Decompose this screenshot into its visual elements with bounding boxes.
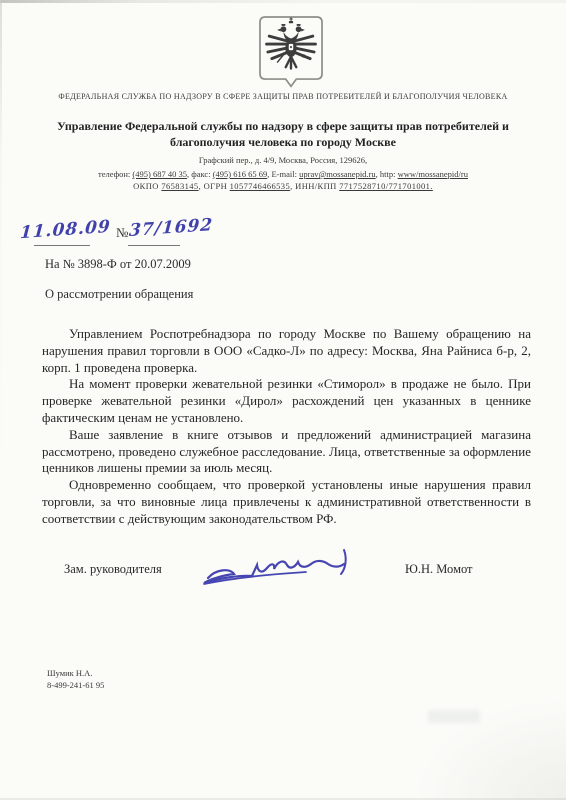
inn-kpp-label: , ИНН/КПП [290, 181, 339, 191]
scan-edge-top [0, 0, 566, 3]
website-value: www/mossanepid/ru [398, 169, 468, 179]
number-sign: № [116, 225, 128, 241]
fax-label: , факс: [187, 169, 213, 179]
body-paragraph: На момент проверки жевательной резинки «… [42, 376, 531, 426]
signature-icon [200, 540, 380, 598]
registration-line: ОКПО 76583145, ОГРН 1057746466535, ИНН/К… [0, 181, 566, 191]
scan-shadow [386, 680, 566, 800]
contact-line: телефон: (495) 687 40 35, факс: (495) 61… [0, 169, 566, 179]
phone-value: (495) 687 40 35 [132, 169, 187, 179]
number-blank-line [128, 245, 180, 246]
date-blank-line [34, 245, 90, 246]
ogrn-value: 1057746466535 [230, 181, 290, 191]
outgoing-stamp: 11.08.09 № 37/1692 [16, 218, 276, 252]
reference-line: На № 3898-Ф от 20.07.2009 [45, 257, 191, 272]
ogrn-label: , ОГРН [199, 181, 230, 191]
okpo-value: 76583145 [161, 181, 198, 191]
scanned-letter: ФЕДЕРАЛЬНАЯ СЛУЖБА ПО НАДЗОРУ В СФЕРЕ ЗА… [0, 0, 566, 800]
dept-name: Управление Федеральной службы по надзору… [27, 118, 539, 150]
body-paragraph: Управлением Роспотребнадзора по городу М… [42, 326, 531, 376]
okpo-label: ОКПО [133, 181, 161, 191]
fax-value: (495) 616 65 69 [213, 169, 268, 179]
handwritten-number: 37/1692 [128, 215, 213, 241]
scan-edge-left [0, 0, 2, 800]
handwritten-date: 11.08.09 [19, 217, 111, 243]
signer-name: Ю.Н. Момот [405, 562, 473, 577]
email-label: , E-mail: [267, 169, 299, 179]
subject-line: О рассмотрении обращения [45, 287, 193, 302]
address-line: Графский пер., д. 4/9, Москва, Россия, 1… [0, 155, 566, 165]
http-label: , http: [376, 169, 398, 179]
email-value: uprav@mossanepid.ru [299, 169, 376, 179]
body-paragraph: Одновременно сообщаем, что проверкой уст… [42, 477, 531, 527]
inn-kpp-value: 7717528710/771701001. [339, 181, 433, 191]
phone-label: телефон: [98, 169, 132, 179]
letter-body: Управлением Роспотребнадзора по городу М… [42, 326, 531, 528]
signature-block: Зам. руководителя Ю.Н. Момот [0, 540, 566, 610]
org-name: ФЕДЕРАЛЬНАЯ СЛУЖБА ПО НАДЗОРУ В СФЕРЕ ЗА… [46, 92, 520, 102]
executor-name: Шумик Н.А. [47, 667, 104, 679]
body-paragraph: Ваше заявление в книге отзывов и предлож… [42, 427, 531, 477]
signer-position: Зам. руководителя [64, 562, 162, 577]
executor-block: Шумик Н.А. 8-499-241-61 95 [47, 667, 104, 691]
russia-coat-of-arms-icon [258, 15, 324, 89]
executor-phone: 8-499-241-61 95 [47, 679, 104, 691]
bleed-through-artifact [428, 710, 480, 723]
